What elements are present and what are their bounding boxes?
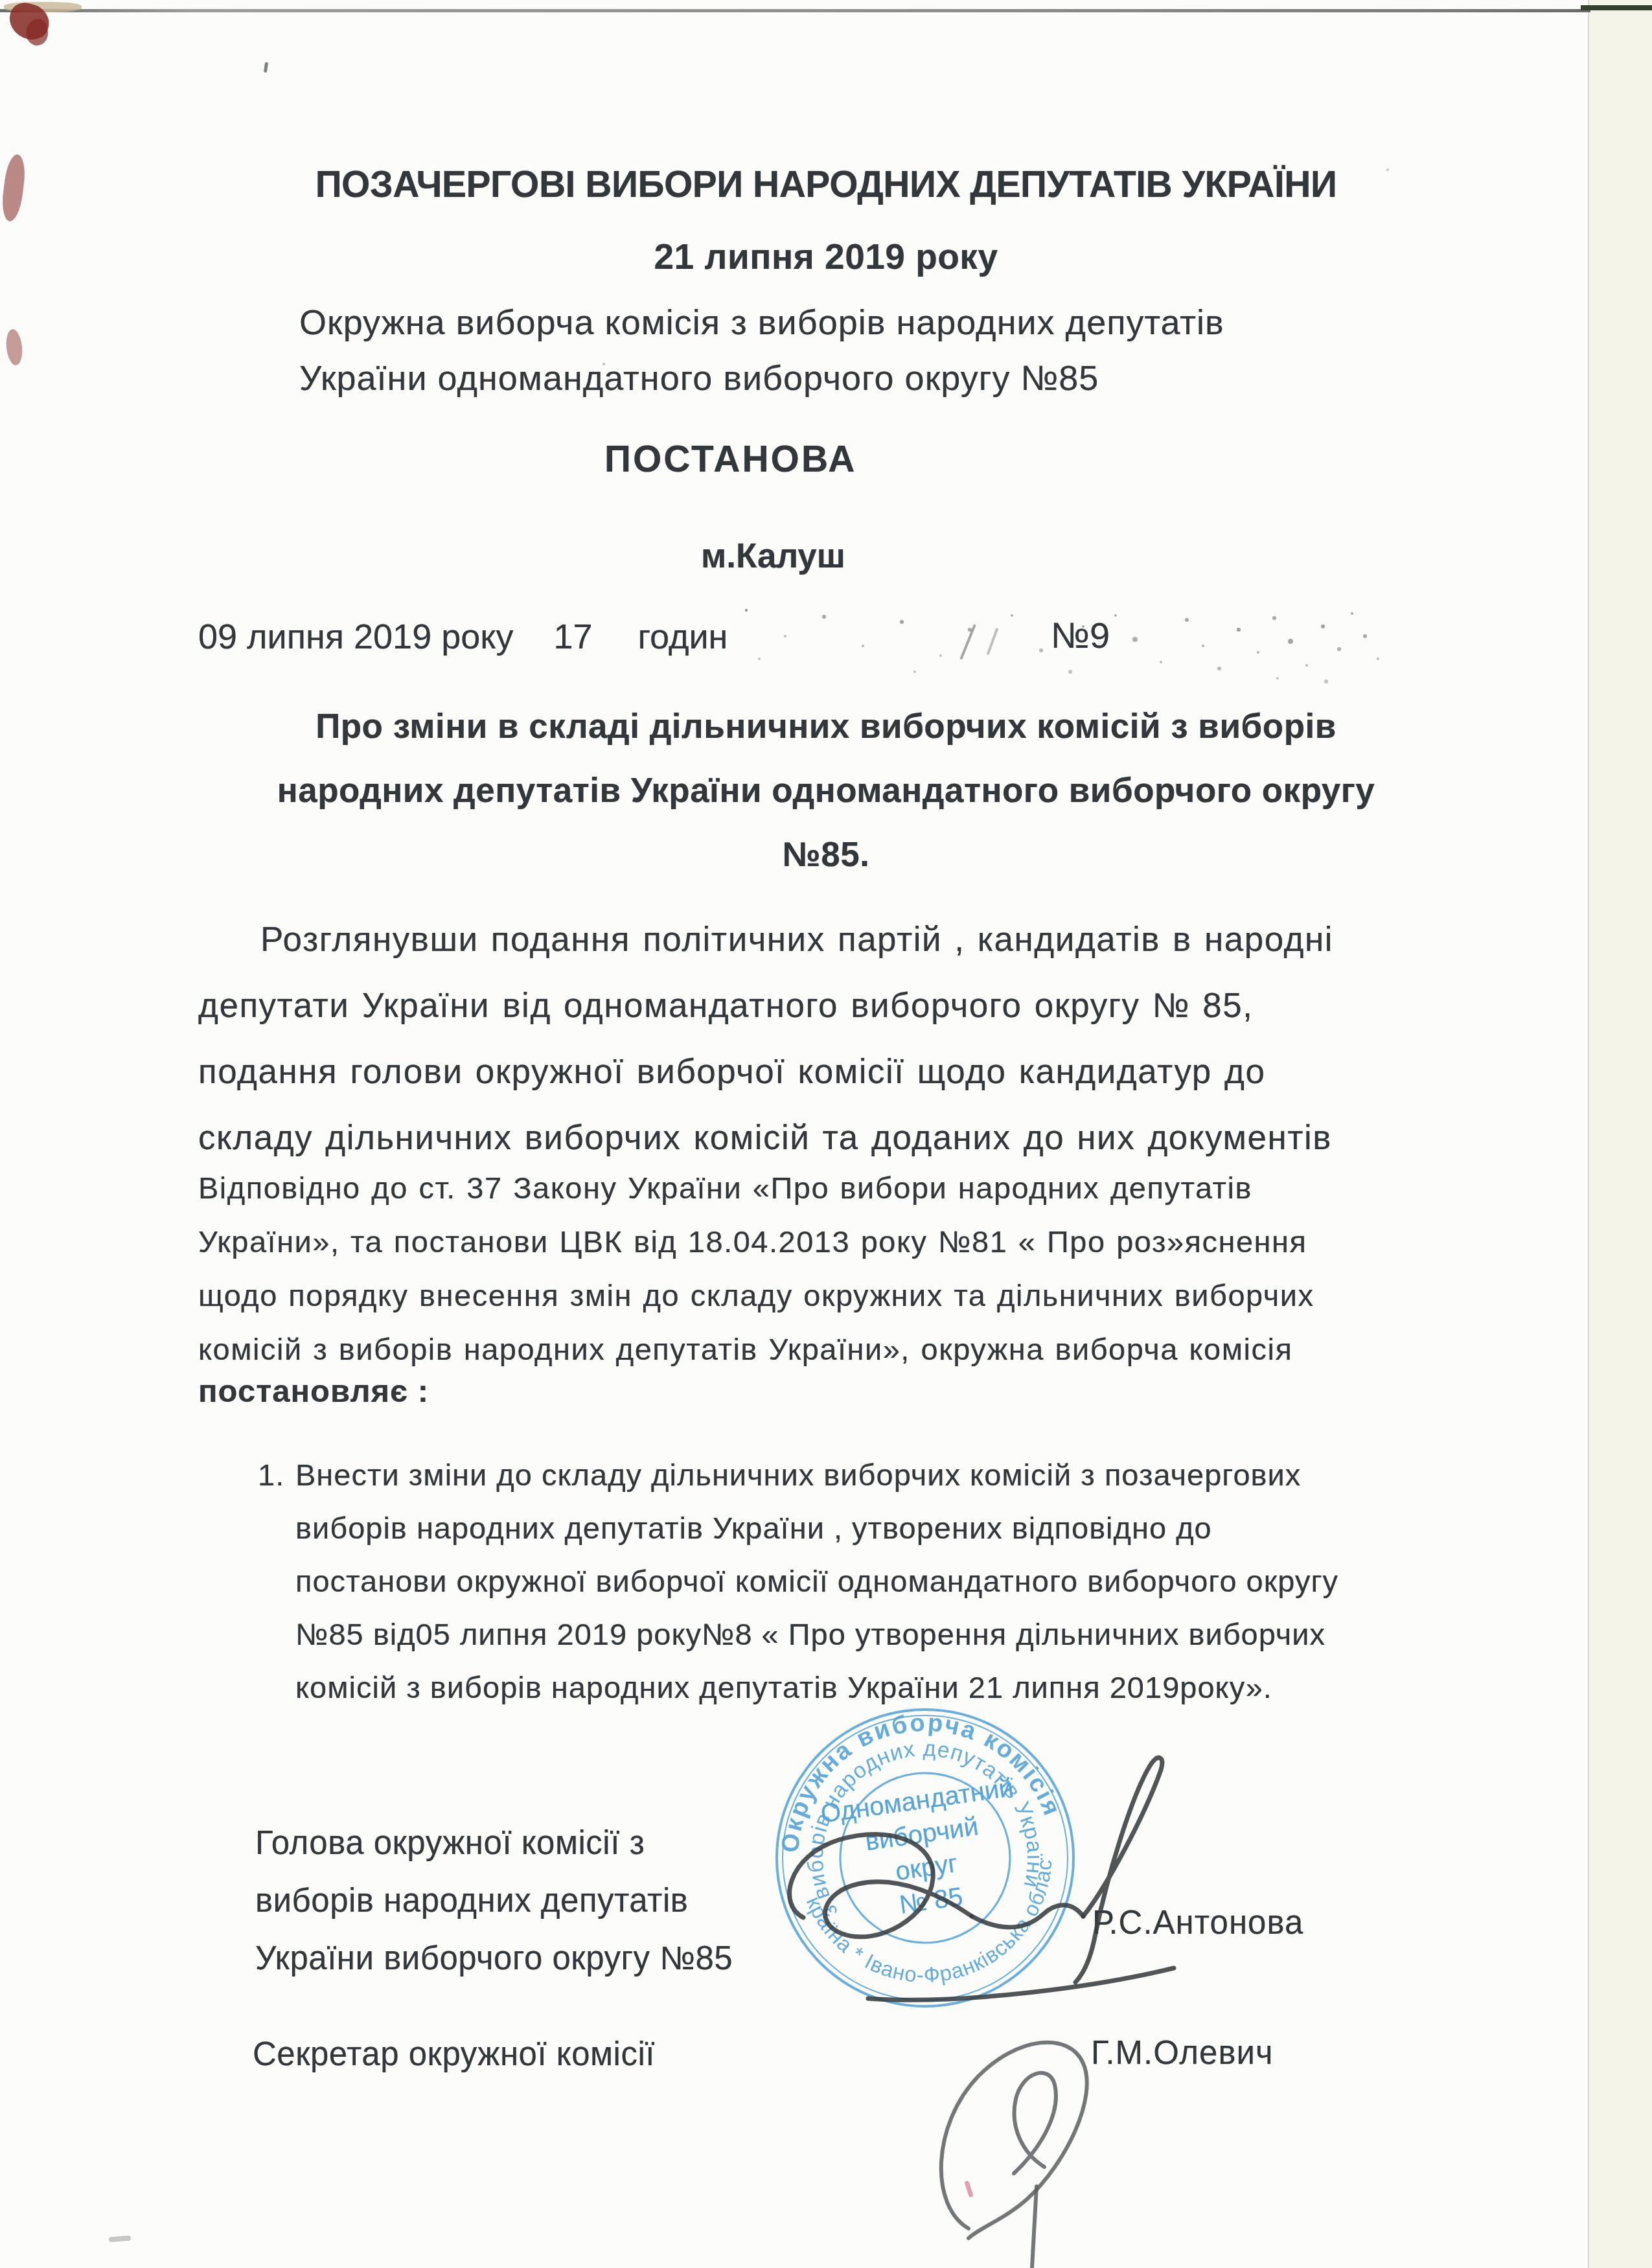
secretary-handwritten-signature xyxy=(875,2015,1134,2268)
head-handwritten-signature xyxy=(739,1710,1205,2034)
head-signature-title: Голова окружної комісії з виборів народн… xyxy=(255,1814,733,1987)
meta-date: 09 липня 2019 року xyxy=(198,617,513,656)
election-date: 21 липня 2019 року xyxy=(0,236,1652,277)
document-title: ПОЗАЧЕРГОВІ ВИБОРИ НАРОДНИХ ДЕПУТАТІВ УК… xyxy=(0,163,1652,206)
red-ink-mark xyxy=(5,328,24,366)
meta-line: 09 липня 2019 року17годин xyxy=(198,617,728,657)
item-number: 1. xyxy=(258,1449,295,1714)
city-name: м.Калуш xyxy=(701,536,845,576)
resolution-item-1: 1. Внести зміни до складу дільничних виб… xyxy=(258,1449,1338,1714)
body-paragraph-1: Розглянувши подання політичних партій , … xyxy=(198,907,1333,1171)
meta-hour: 17 xyxy=(553,617,592,656)
page-top-edge-dark-segment xyxy=(1581,5,1652,10)
ink-speck xyxy=(264,62,268,73)
meta-hour-label: годин xyxy=(638,617,728,656)
erased-ink-speckles xyxy=(745,609,748,612)
ghost-pen-mark xyxy=(987,628,999,656)
scanned-document-page: ПОЗАЧЕРГОВІ ВИБОРИ НАРОДНИХ ДЕПУТАТІВ УК… xyxy=(0,0,1652,2268)
document-type: ПОСТАНОВА xyxy=(604,438,856,481)
faint-scribble xyxy=(109,2236,131,2242)
body-paragraph-2: Відповідно до ст. 37 Закону України «Про… xyxy=(198,1161,1314,1376)
item-text: Внести зміни до складу дільничних виборч… xyxy=(295,1449,1338,1714)
scanner-background-strip xyxy=(1588,0,1652,2268)
subject-heading: Про зміни в складі дільничних виборчих к… xyxy=(0,694,1652,887)
commission-name: Окружна виборча комісія з виборів народн… xyxy=(299,295,1224,406)
resolves-word: постановляє : xyxy=(198,1373,429,1410)
ghost-pen-mark xyxy=(959,624,976,659)
secretary-signature-title: Секретар окружної комісії xyxy=(253,2035,655,2073)
page-top-edge-line xyxy=(0,9,1590,12)
document-number: №9 xyxy=(1051,614,1110,656)
